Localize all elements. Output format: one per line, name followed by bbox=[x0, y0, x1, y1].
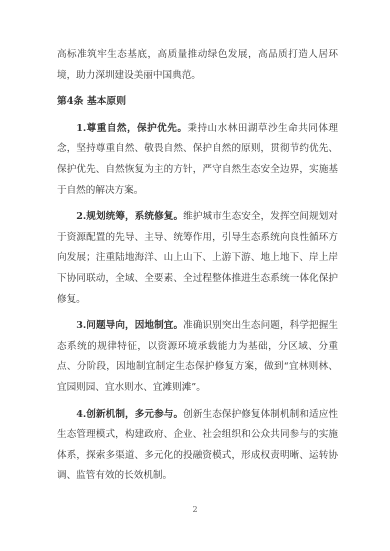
principle-paragraph-3: 3.问题导向，因地制宜。准确识别突出生态问题，科学把握生态系统的规律特征，以资源… bbox=[57, 316, 338, 398]
principle-3-lead: 3.问题导向，因地制宜。 bbox=[76, 320, 183, 331]
principle-1-lead: 1.尊重自然，保护优先。 bbox=[76, 123, 187, 134]
principle-4-lead: 4.创新机制，多元参与。 bbox=[76, 409, 183, 420]
section-heading: 第4条 基本原则 bbox=[57, 92, 338, 113]
principle-paragraph-1: 1.尊重自然，保护优先。秉持山水林田湖草沙生命共同体理念，坚持尊重自然、敬畏自然… bbox=[57, 119, 338, 201]
principle-paragraph-4: 4.创新机制，多元参与。创新生态保护修复体制机制和适应性生态管理模式，构建政府、… bbox=[57, 405, 338, 487]
principle-2-text: 维护城市生态安全，发挥空间规划对于资源配置的先导、主导、统筹作用，引导生态系统向… bbox=[57, 211, 338, 304]
continued-paragraph: 高标准筑牢生态基底，高质量推动绿色发展，高品质打造人居环境，助力深圳建设美丽中国… bbox=[57, 45, 338, 86]
page-number: 2 bbox=[0, 504, 390, 516]
principle-paragraph-2: 2.规划统筹，系统修复。维护城市生态安全，发挥空间规划对于资源配置的先导、主导、… bbox=[57, 207, 338, 310]
document-page: 高标准筑牢生态基底，高质量推动绿色发展，高品质打造人居环境，助力深圳建设美丽中国… bbox=[0, 0, 390, 551]
principle-2-lead: 2.规划统筹，系统修复。 bbox=[76, 211, 183, 222]
continued-paragraph-text: 高标准筑牢生态基底，高质量推动绿色发展，高品质打造人居环境，助力深圳建设美丽中国… bbox=[57, 49, 338, 81]
